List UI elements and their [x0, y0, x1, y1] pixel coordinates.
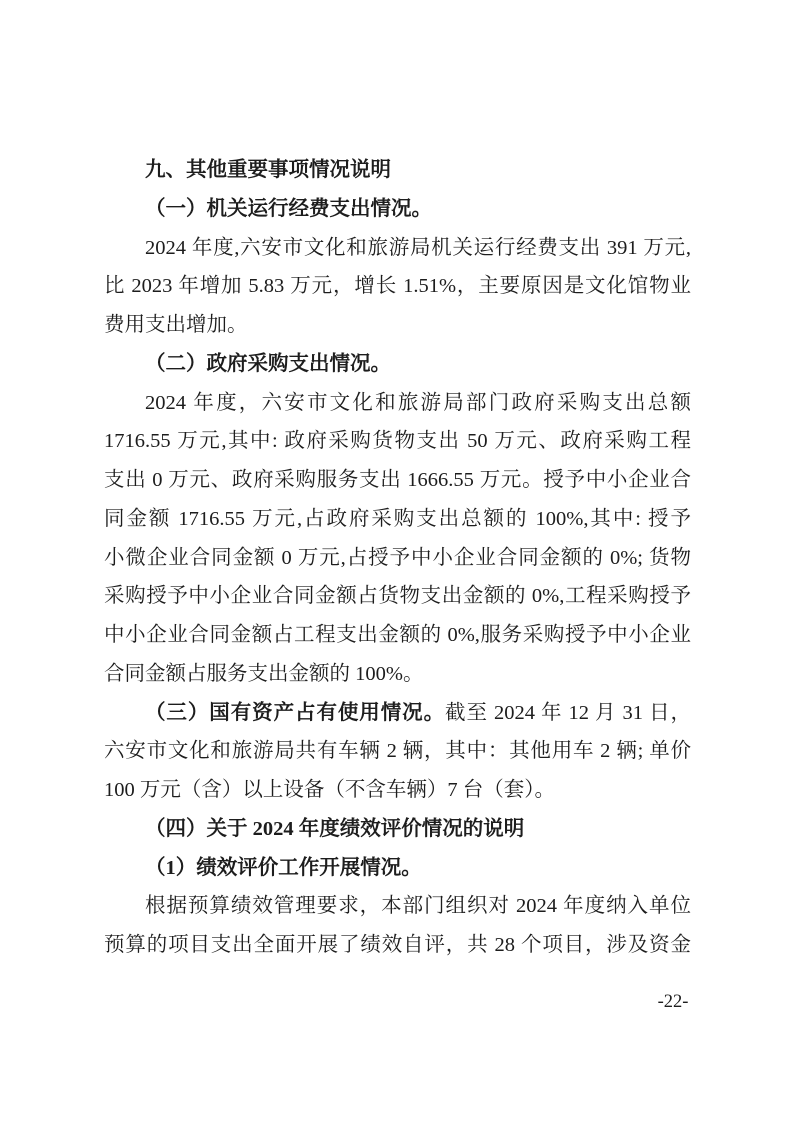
paragraph-line: 2024 年度，六安市文化和旅游局部门政府采购支出总额 [104, 384, 691, 423]
page-content: 九、其他重要事项情况说明 （一）机关运行经费支出情况。 2024 年度,六安市文… [104, 151, 691, 965]
paragraph-line: 小微企业合同金额 0 万元,占授予中小企业合同金额的 0%; 货物 [104, 539, 691, 578]
paragraph-line: 1716.55 万元,其中: 政府采购货物支出 50 万元、政府采购工程 [104, 422, 691, 461]
paragraph-line: 根据预算绩效管理要求，本部门组织对 2024 年度纳入单位 [104, 887, 691, 926]
paragraph-performance-evaluation: 根据预算绩效管理要求，本部门组织对 2024 年度纳入单位 预算的项目支出全面开… [104, 887, 691, 965]
subsection-2-heading: （二）政府采购支出情况。 [104, 345, 691, 384]
paragraph-line: 支出 0 万元、政府采购服务支出 1666.55 万元。授予中小企业合 [104, 461, 691, 500]
paragraph-government-procurement: 2024 年度，六安市文化和旅游局部门政府采购支出总额 1716.55 万元,其… [104, 384, 691, 694]
page-number: -22- [640, 991, 706, 1013]
document-page: 九、其他重要事项情况说明 （一）机关运行经费支出情况。 2024 年度,六安市文… [0, 0, 793, 1122]
paragraph-line: 100 万元（含）以上设备（不含车辆）7 台（套）。 [104, 771, 691, 810]
subsection-3-heading: （三）国有资产占有使用情况。 [145, 702, 445, 724]
section-heading: 九、其他重要事项情况说明 [104, 151, 691, 190]
paragraph-line: （三）国有资产占有使用情况。截至 2024 年 12 月 31 日， [104, 694, 691, 733]
paragraph-line: 费用支出增加。 [104, 306, 691, 345]
paragraph-operating-expenses: 2024 年度,六安市文化和旅游局机关运行经费支出 391 万元, 比 2023… [104, 229, 691, 345]
paragraph-line: 六安市文化和旅游局共有车辆 2 辆，其中：其他用车 2 辆; 单价 [104, 732, 691, 771]
paragraph-line: 预算的项目支出全面开展了绩效自评，共 28 个项目，涉及资金 [104, 926, 691, 965]
paragraph-line: 2024 年度,六安市文化和旅游局机关运行经费支出 391 万元, [104, 229, 691, 268]
subsection-4-heading: （四）关于 2024 年度绩效评价情况的说明 [104, 810, 691, 849]
paragraph-line: 中小企业合同金额占工程支出金额的 0%,服务采购授予中小企业 [104, 616, 691, 655]
paragraph-line: 比 2023 年增加 5.83 万元，增长 1.51%，主要原因是文化馆物业 [104, 267, 691, 306]
paragraph-line: 同金额 1716.55 万元,占政府采购支出总额的 100%,其中: 授予 [104, 500, 691, 539]
subsection-4-1-heading: （1）绩效评价工作开展情况。 [104, 849, 691, 888]
paragraph-state-assets: （三）国有资产占有使用情况。截至 2024 年 12 月 31 日， 六安市文化… [104, 694, 691, 810]
subsection-1-heading: （一）机关运行经费支出情况。 [104, 190, 691, 229]
subsection-3-lead-text: 截至 2024 年 12 月 31 日， [445, 702, 691, 724]
paragraph-line: 采购授予中小企业合同金额占货物支出金额的 0%,工程采购授予 [104, 577, 691, 616]
paragraph-line: 合同金额占服务支出金额的 100%。 [104, 655, 691, 694]
